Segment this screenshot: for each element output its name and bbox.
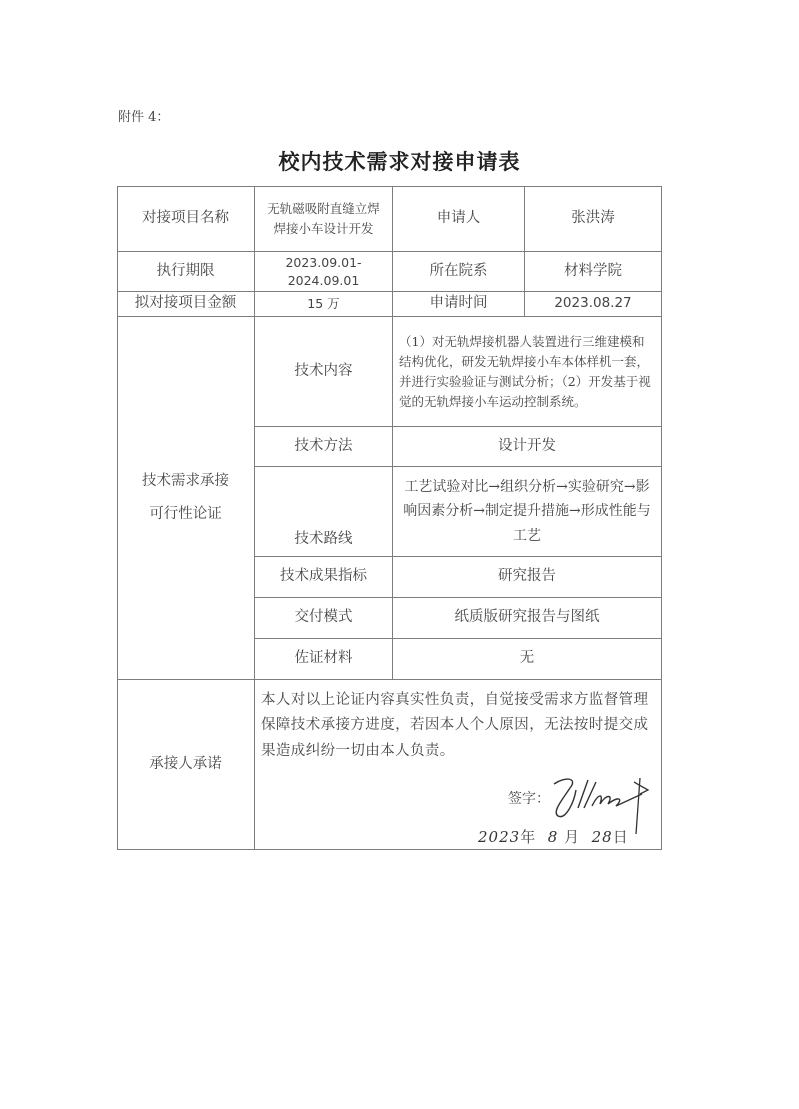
signature-date: 2023年 8 月 28日 xyxy=(478,826,629,847)
date-day: 28 xyxy=(592,828,613,846)
feasibility-label: 技术需求承接 可行性论证 xyxy=(117,317,255,680)
apply-time-label: 申请时间 xyxy=(393,292,525,317)
tech-route-value: 工艺试验对比→组织分析→实验研究→影响因素分析→制定提升措施→形成性能与工艺 xyxy=(393,467,662,557)
attachment-label: 附件 4： xyxy=(118,106,169,125)
tech-content-label: 技术内容 xyxy=(255,317,393,427)
project-name-label: 对接项目名称 xyxy=(117,186,255,252)
delivery-label: 交付模式 xyxy=(255,598,393,639)
tech-method-label: 技术方法 xyxy=(255,427,393,467)
period-value: 2023.09.01- 2024.09.01 xyxy=(255,252,393,292)
department-value: 材料学院 xyxy=(525,252,662,292)
tech-result-value: 研究报告 xyxy=(393,557,662,598)
tech-content-value: （1）对无轨焊接机器人装置进行三维建模和结构优化，研发无轨焊接小车本体样机一套，… xyxy=(393,317,662,427)
project-name-value: 无轨磁吸附直缝立焊焊接小车设计开发 xyxy=(255,186,393,252)
evidence-label: 佐证材料 xyxy=(255,639,393,680)
commitment-label: 承接人承诺 xyxy=(117,680,255,850)
amount-label: 拟对接项目金额 xyxy=(117,292,255,317)
amount-value: 15 万 xyxy=(255,292,393,317)
department-label: 所在院系 xyxy=(393,252,525,292)
evidence-value: 无 xyxy=(393,639,662,680)
page-title: 校内技术需求对接申请表 xyxy=(0,146,799,176)
delivery-value: 纸质版研究报告与图纸 xyxy=(393,598,662,639)
applicant-value: 张洪涛 xyxy=(525,186,662,252)
date-month: 8 xyxy=(548,828,559,846)
applicant-label: 申请人 xyxy=(393,186,525,252)
apply-time-value: 2023.08.27 xyxy=(525,292,662,317)
signature-label: 签字： xyxy=(508,788,550,808)
tech-method-value: 设计开发 xyxy=(393,427,662,467)
tech-route-label: 技术路线 xyxy=(255,467,393,557)
tech-result-label: 技术成果指标 xyxy=(255,557,393,598)
date-year: 2023 xyxy=(478,828,520,846)
period-label: 执行期限 xyxy=(117,252,255,292)
application-form-table: 对接项目名称 无轨磁吸附直缝立焊焊接小车设计开发 申请人 张洪涛 执行期限 20… xyxy=(117,186,662,850)
